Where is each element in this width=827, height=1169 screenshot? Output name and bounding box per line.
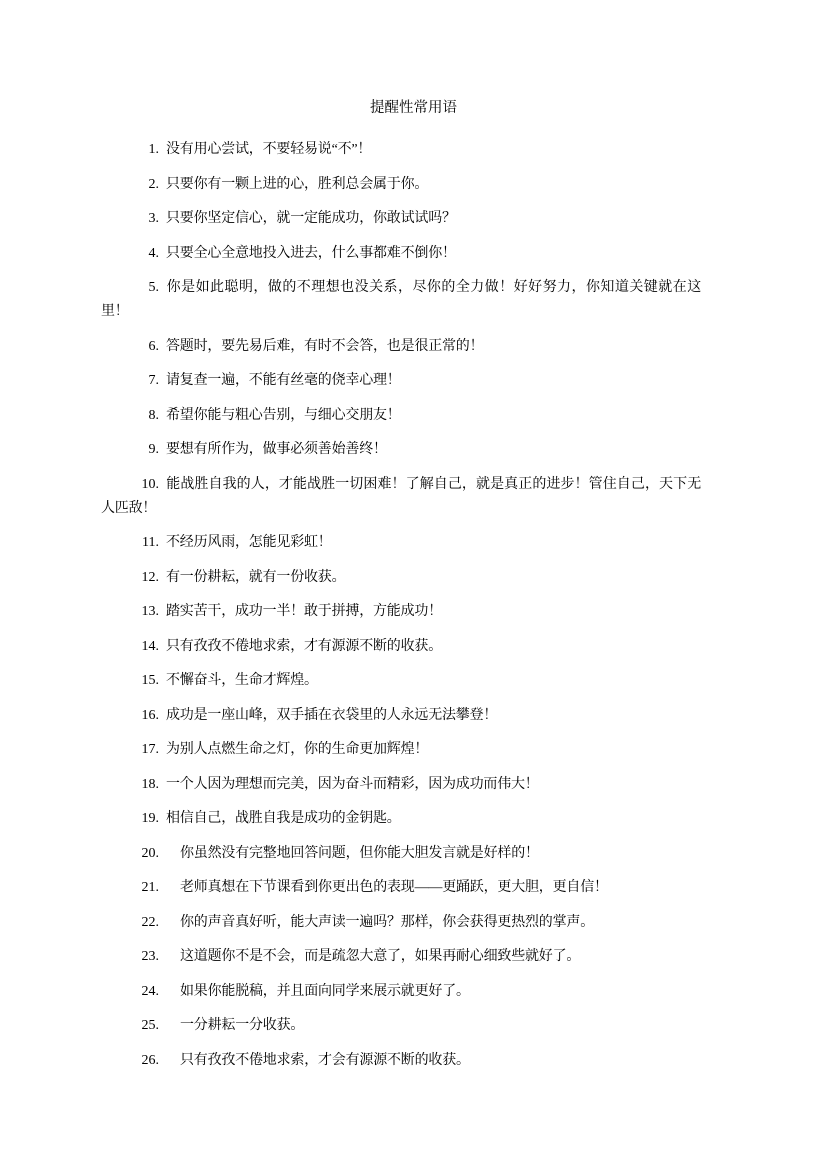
list-item: 3.只要你坚定信心，就一定能成功，你敢试试吗？: [101, 207, 701, 231]
list-item: 12.有一份耕耘，就有一份收获。: [101, 566, 701, 590]
list-item: 1.没有用心尝试，不要轻易说“不”！: [101, 138, 701, 162]
list-item-number: 22.: [101, 911, 159, 935]
list-item: 7.请复查一遍，不能有丝毫的侥幸心理！: [101, 369, 701, 393]
list-item-text: 一个人因为理想而完美，因为奋斗而精彩，因为成功而伟大！: [166, 777, 539, 792]
list-item: 18.一个人因为理想而完美，因为奋斗而精彩，因为成功而伟大！: [101, 773, 701, 797]
list-item-text: 只有孜孜不倦地求索，才有源源不断的收获。: [166, 639, 442, 654]
list-item: 4.只要全心全意地投入进去，什么事都难不倒你！: [101, 242, 701, 266]
list-item-text: 老师真想在下节课看到你更出色的表现——更踊跃，更大胆，更自信！: [180, 880, 608, 895]
list-item-number: 4.: [101, 242, 159, 266]
list-item-number: 2.: [101, 173, 159, 197]
list-item: 22.你的声音真好听，能大声读一遍吗？那样，你会获得更热烈的掌声。: [101, 911, 701, 935]
list-item-text: 有一份耕耘，就有一份收获。: [166, 570, 345, 585]
list-item-number: 21.: [101, 876, 159, 900]
list-item-text: 请复查一遍，不能有丝毫的侥幸心理！: [166, 373, 401, 388]
list-item-text: 这道题你不是不会，而是疏忽大意了，如果再耐心细致些就好了。: [180, 949, 580, 964]
list-item: 15.不懈奋斗，生命才辉煌。: [101, 669, 701, 693]
list-item-number: 1.: [101, 138, 159, 162]
list-item-text: 答题时，要先易后难，有时不会答，也是很正常的！: [166, 339, 483, 354]
list-item-number: 9.: [101, 438, 159, 462]
list-item-number: 16.: [101, 704, 159, 728]
list-item-text: 能战胜自我的人，才能战胜一切困难！了解自己，就是真正的进步！管住自己，天下无人匹…: [101, 477, 701, 516]
list-item: 10.能战胜自我的人，才能战胜一切困难！了解自己，就是真正的进步！管住自己，天下…: [101, 473, 701, 521]
list-item-number: 8.: [101, 404, 159, 428]
list-item-text: 没有用心尝试，不要轻易说“不”！: [166, 142, 371, 157]
list-item: 14.只有孜孜不倦地求索，才有源源不断的收获。: [101, 635, 701, 659]
list-item: 19.相信自己，战胜自我是成功的金钥匙。: [101, 807, 701, 831]
list-item-number: 19.: [101, 807, 159, 831]
list-item: 9.要想有所作为，做事必须善始善终！: [101, 438, 701, 462]
list-item-number: 5.: [101, 276, 159, 300]
list-item-text: 不懈奋斗，生命才辉煌。: [166, 673, 318, 688]
list-item-number: 13.: [101, 600, 159, 624]
list-item: 13.踏实苦干，成功一半！敢于拼搏，方能成功！: [101, 600, 701, 624]
list-item-text: 一分耕耘一分收获。: [180, 1018, 304, 1033]
document-page: 提醒性常用语 1.没有用心尝试，不要轻易说“不”！ 2.只要你有一颗上进的心，胜…: [0, 0, 827, 1169]
list-item-number: 7.: [101, 369, 159, 393]
list-item: 23.这道题你不是不会，而是疏忽大意了，如果再耐心细致些就好了。: [101, 945, 701, 969]
list-item-number: 12.: [101, 566, 159, 590]
list-item: 16.成功是一座山峰，双手插在衣袋里的人永远无法攀登！: [101, 704, 701, 728]
list-item-text: 相信自己，战胜自我是成功的金钥匙。: [166, 811, 401, 826]
list-item-number: 25.: [101, 1014, 159, 1038]
list-item-text: 你是如此聪明，做的不理想也没关系，尽你的全力做！好好努力，你知道关键就在这里！: [101, 280, 701, 319]
list-item: 21.老师真想在下节课看到你更出色的表现——更踊跃，更大胆，更自信！: [101, 876, 701, 900]
list-item-number: 11.: [101, 531, 159, 555]
list-item-number: 10.: [101, 473, 159, 497]
item-list: 1.没有用心尝试，不要轻易说“不”！ 2.只要你有一颗上进的心，胜利总会属于你。…: [0, 138, 827, 1073]
list-item: 25.一分耕耘一分收获。: [101, 1014, 701, 1038]
list-item-text: 只要你坚定信心，就一定能成功，你敢试试吗？: [166, 211, 456, 226]
list-item-text: 成功是一座山峰，双手插在衣袋里的人永远无法攀登！: [166, 708, 497, 723]
list-item: 20.你虽然没有完整地回答问题，但你能大胆发言就是好样的！: [101, 842, 701, 866]
list-item-text: 不经历风雨，怎能见彩虹！: [166, 535, 332, 550]
list-item: 6.答题时，要先易后难，有时不会答，也是很正常的！: [101, 335, 701, 359]
list-item-text: 只有孜孜不倦地求索，才会有源源不断的收获。: [180, 1053, 470, 1068]
list-item-number: 26.: [101, 1049, 159, 1073]
list-item: 2.只要你有一颗上进的心，胜利总会属于你。: [101, 173, 701, 197]
list-item-text: 只要全心全意地投入进去，什么事都难不倒你！: [166, 246, 456, 261]
list-item-number: 20.: [101, 842, 159, 866]
list-item-number: 6.: [101, 335, 159, 359]
list-item-text: 如果你能脱稿，并且面向同学来展示就更好了。: [180, 984, 470, 999]
list-item-text: 只要你有一颗上进的心，胜利总会属于你。: [166, 177, 428, 192]
list-item-text: 要想有所作为，做事必须善始善终！: [166, 442, 387, 457]
list-item-text: 为别人点燃生命之灯，你的生命更加辉煌！: [166, 742, 428, 757]
list-item-text: 你虽然没有完整地回答问题，但你能大胆发言就是好样的！: [180, 846, 539, 861]
document-title: 提醒性常用语: [0, 96, 827, 120]
list-item-text: 你的声音真好听，能大声读一遍吗？那样，你会获得更热烈的掌声。: [180, 915, 594, 930]
list-item: 8.希望你能与粗心告别，与细心交朋友！: [101, 404, 701, 428]
list-item: 24.如果你能脱稿，并且面向同学来展示就更好了。: [101, 980, 701, 1004]
list-item: 17.为别人点燃生命之灯，你的生命更加辉煌！: [101, 738, 701, 762]
list-item-number: 3.: [101, 207, 159, 231]
list-item-number: 14.: [101, 635, 159, 659]
list-item-text: 踏实苦干，成功一半！敢于拼搏，方能成功！: [166, 604, 442, 619]
list-item-text: 希望你能与粗心告别，与细心交朋友！: [166, 408, 401, 423]
list-item-number: 18.: [101, 773, 159, 797]
list-item-number: 24.: [101, 980, 159, 1004]
list-item: 5.你是如此聪明，做的不理想也没关系，尽你的全力做！好好努力，你知道关键就在这里…: [101, 276, 701, 324]
list-item: 11.不经历风雨，怎能见彩虹！: [101, 531, 701, 555]
list-item-number: 17.: [101, 738, 159, 762]
list-item: 26.只有孜孜不倦地求索，才会有源源不断的收获。: [101, 1049, 701, 1073]
list-item-number: 15.: [101, 669, 159, 693]
list-item-number: 23.: [101, 945, 159, 969]
